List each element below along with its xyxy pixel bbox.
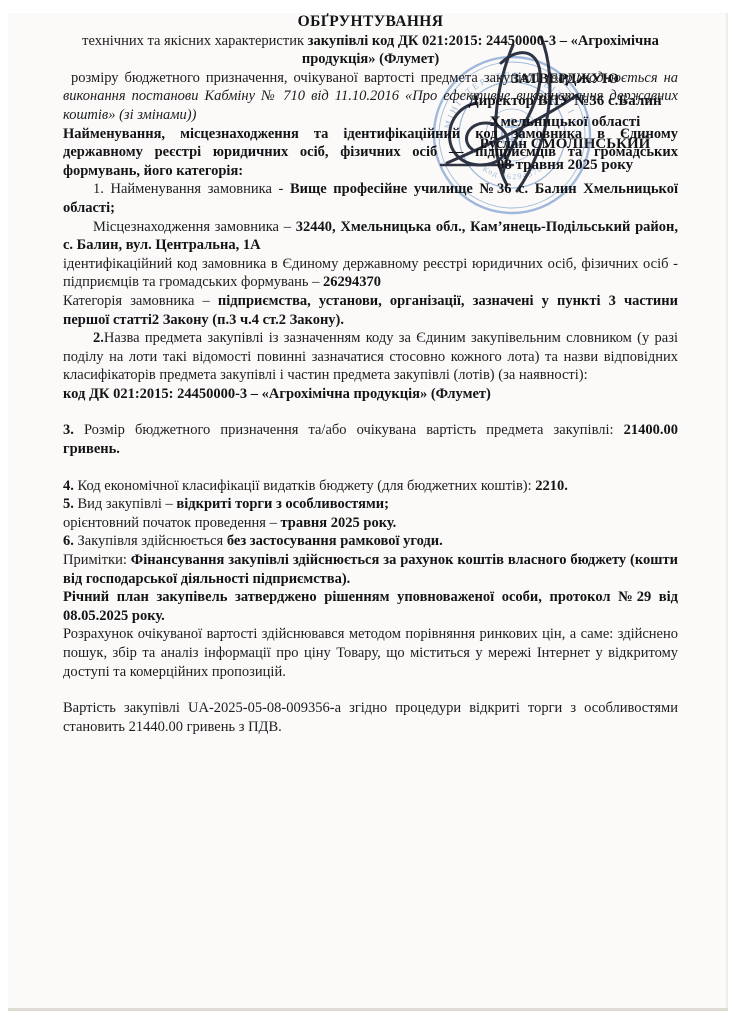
- paragraph-customer-id: ідентифікаційний код замовника в Єдиному…: [63, 255, 678, 292]
- paragraph-budget-size: 3. Розмір бюджетного призначення та/або …: [63, 421, 678, 458]
- paragraph-customer-name: 1. Найменування замовника - Вище професі…: [63, 180, 678, 217]
- document-body: ОБҐРУНТУВАННЯ технічних та якісних харак…: [63, 13, 678, 736]
- paragraph-customer-address: Місцезнаходження замовника – 32440, Хмел…: [63, 218, 678, 255]
- scanned-sheet: МІНІСТЕРСТВО ОСВІТИ І НАУКИ Код 26294370: [8, 13, 728, 1008]
- paragraph-economic-code: 4. Код економічної класифікації видатків…: [63, 477, 678, 496]
- intro-paragraph: розміру бюджетного призначення, очікуван…: [63, 69, 678, 125]
- subtitle-bold: закупівлі код ДК 021:2015: 24450000-3 – …: [302, 33, 659, 68]
- paragraph-subject-name: 2.Назва предмета закупівлі із зазначення…: [63, 329, 678, 385]
- paragraph-start-date: орієнтовний початок проведення – травня …: [63, 514, 678, 533]
- paragraph-notes: Примітки: Фінансування закупівлі здійсню…: [63, 551, 678, 588]
- paragraph-framework: 6. Закупівля здійснюється без застосуван…: [63, 532, 678, 551]
- document-page: МІНІСТЕРСТВО ОСВІТИ І НАУКИ Код 26294370: [0, 0, 732, 1024]
- paragraph-customer-heading: Найменування, місцезнаходження та іденти…: [63, 125, 678, 181]
- intro-regular: розміру бюджетного призначення, очікуван…: [71, 70, 546, 86]
- paragraph-customer-category: Категорія замовника – підприємства, уста…: [63, 292, 678, 329]
- document-title: ОБҐРУНТУВАННЯ: [63, 13, 678, 32]
- paragraph-price-calculation: Розрахунок очікуваної вартості здійснюва…: [63, 625, 678, 681]
- paragraph-procurement-type: 5. Вид закупівлі – відкриті торги з особ…: [63, 495, 678, 514]
- paragraph-procurement-value: Вартість закупівлі UA-2025-05-08-009356-…: [63, 699, 678, 736]
- subtitle-regular: технічних та якісних характеристик: [82, 33, 307, 49]
- paragraph-annual-plan: Річний план закупівель затверджено рішен…: [63, 588, 678, 625]
- paragraph-dk-code: код ДК 021:2015: 24450000-3 – «Агрохіміч…: [63, 385, 678, 404]
- document-subtitle: технічних та якісних характеристик закуп…: [63, 32, 678, 69]
